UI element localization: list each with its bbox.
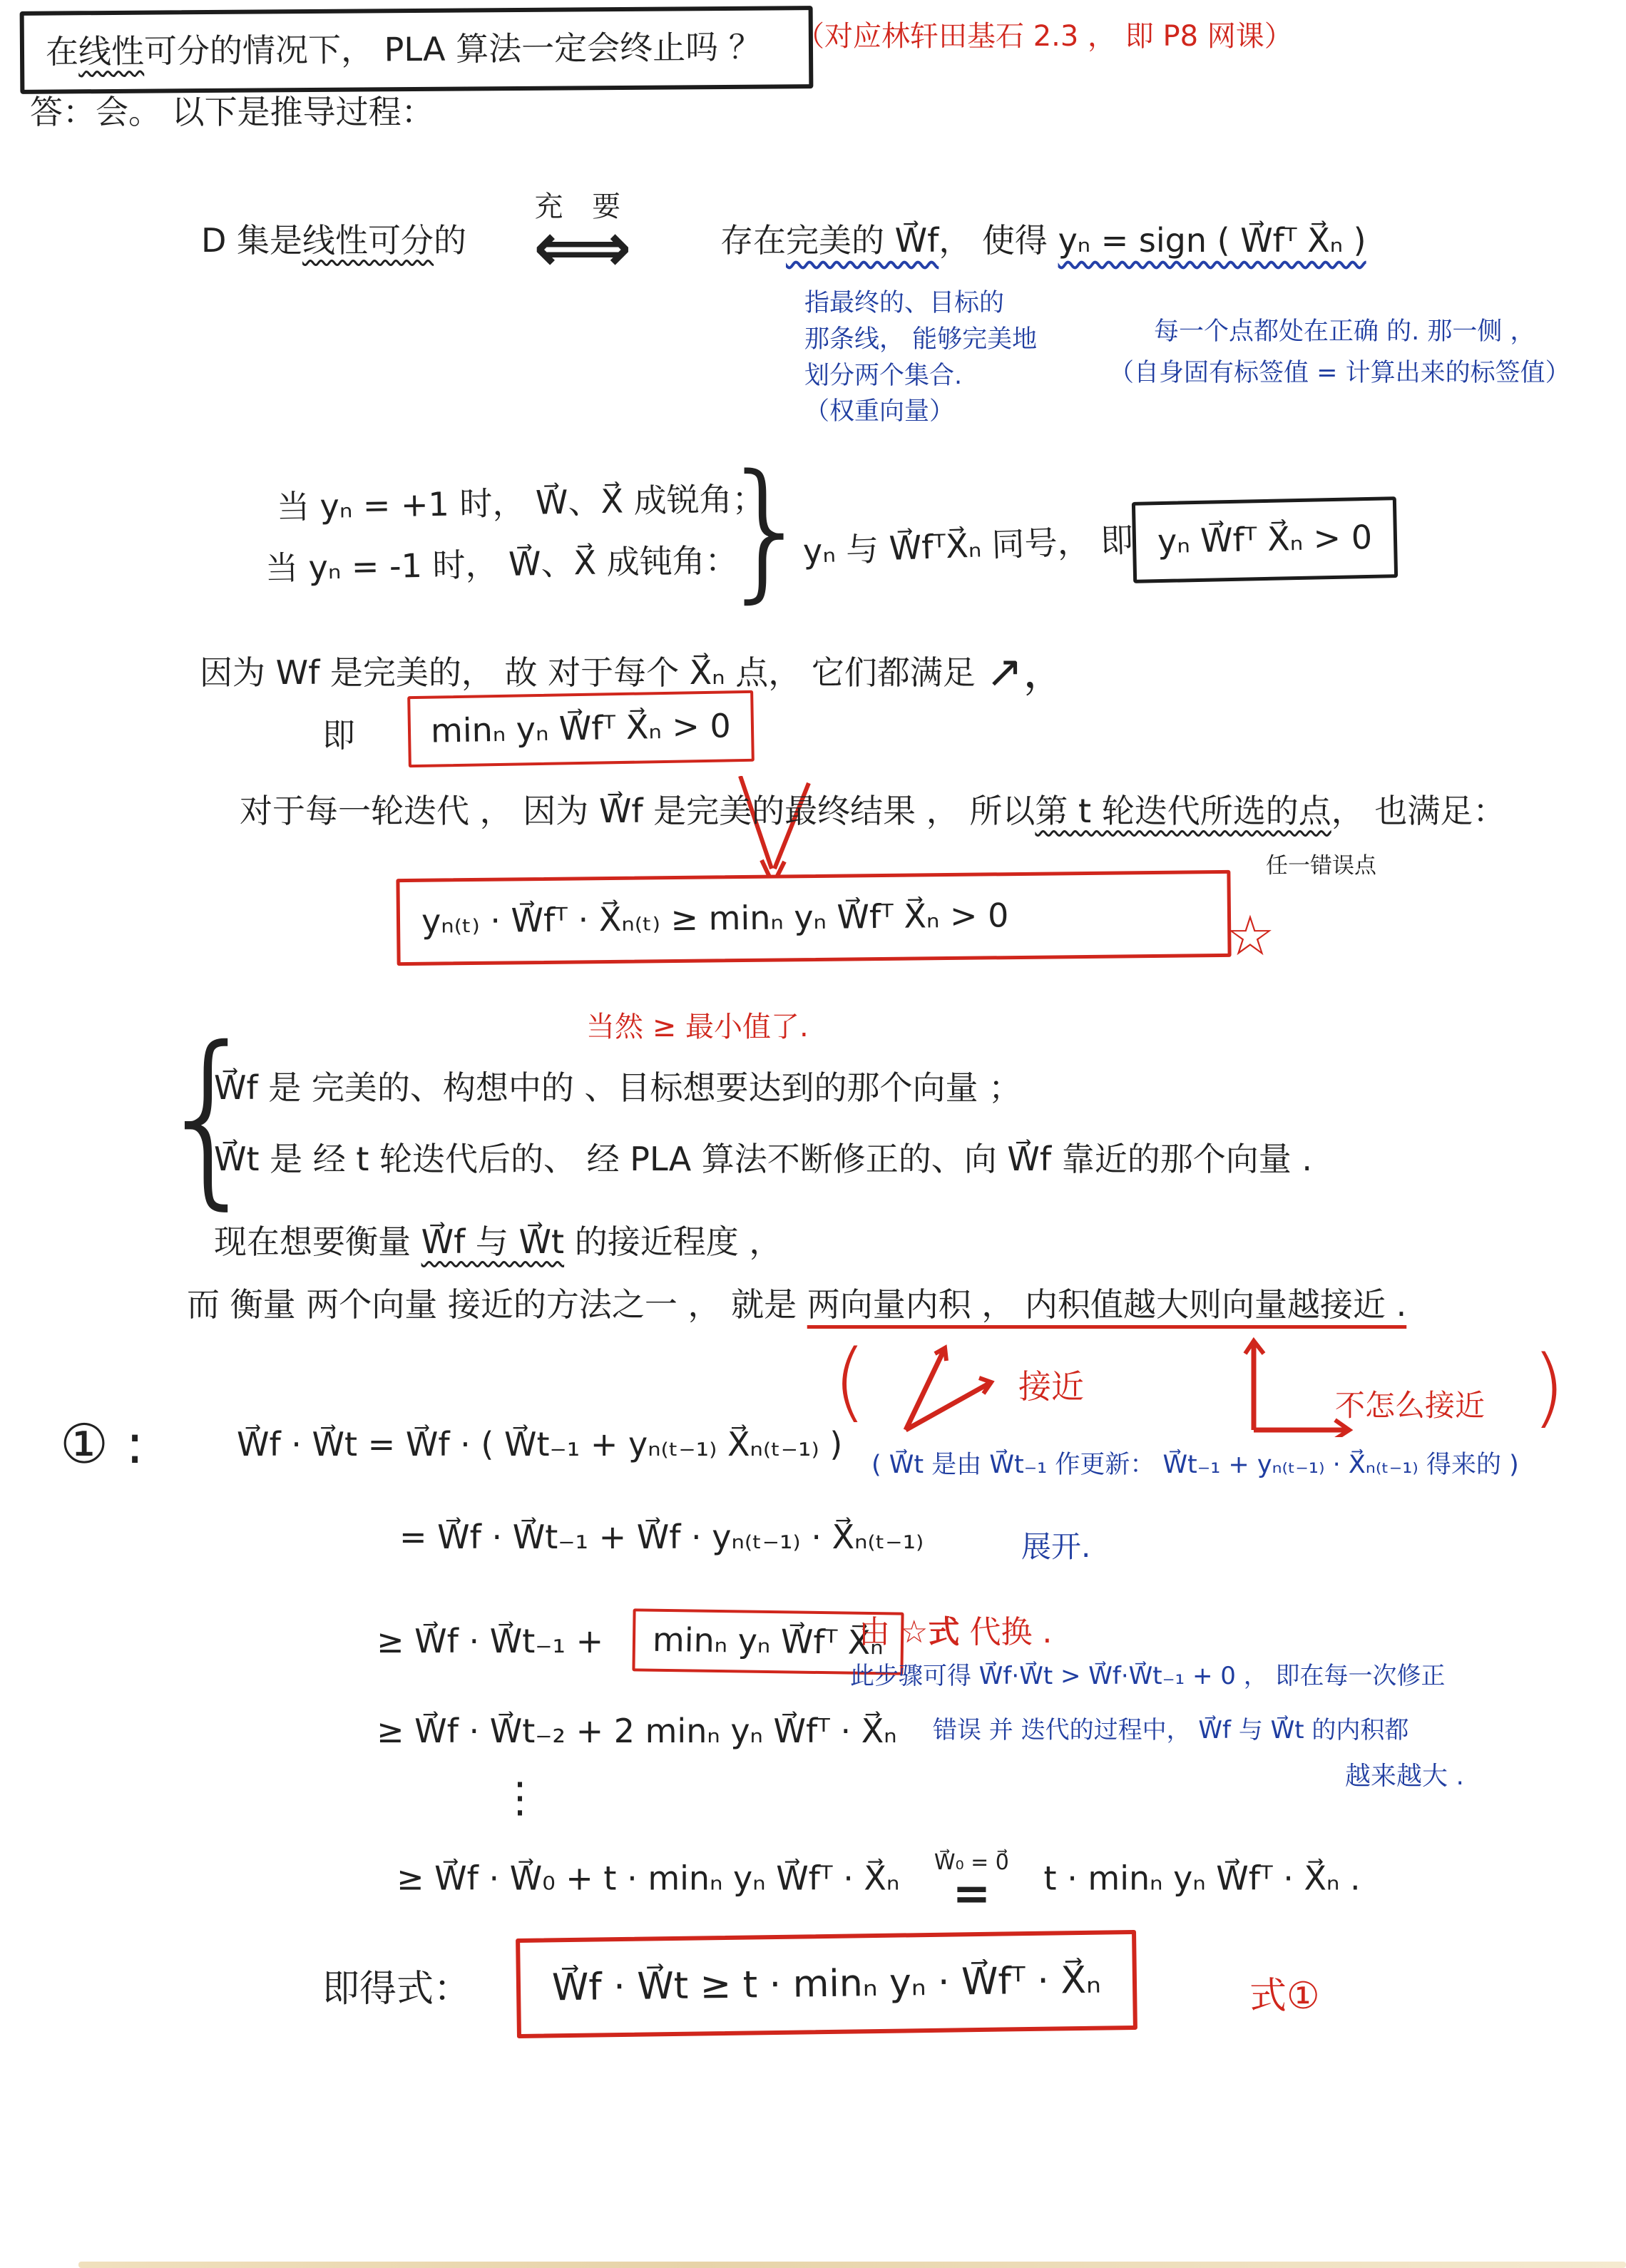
diagram-paren-open: ( (833, 1332, 866, 1431)
equivalence-right-pre: 存在 (720, 221, 786, 260)
equivalence-right-wavy1: 完美的 W⃗f (786, 221, 939, 260)
iteration-line-pre: 对于每一轮迭代 ， 因为 W⃗f 是完美的最终结果 ， 所以 (240, 792, 1035, 830)
equation-1-marker: ① : (60, 1412, 144, 1476)
equivalence-right: 存在完美的 W⃗f， 使得 yₙ = sign ( W⃗fᵀ X⃗ₙ ) (720, 220, 1366, 262)
equivalence-left: D 集是线性可分的 (201, 220, 466, 262)
perfect-wf-line: 因为 Wf 是完美的， 故 对于每个 X⃗ₙ 点， 它们都满足 ↗， (200, 640, 1067, 698)
notebook-page: 在线性可分的情况下， PLA 算法一定会终止吗 ？ （对应林轩田基石 2.3 ，… (0, 0, 1626, 2268)
iteration-line-post: ， 也满足： (1331, 792, 1506, 830)
question-text-post: 可分的情况下， PLA 算法一定会终止吗 ？ (144, 28, 762, 71)
close-label: 接近 (1018, 1361, 1084, 1408)
up-right-arrow-icon: ↗， (986, 645, 1068, 698)
measure-line2-underlined: 两向量内积 ， 内积值越大则向量越接近 . (807, 1285, 1407, 1324)
step5-right: t · minₙ yₙ W⃗fᵀ · X⃗ₙ . (1044, 1859, 1361, 1898)
definitions-brace-icon: { (157, 1023, 261, 1212)
derivation-step-1: W⃗f · W⃗t = W⃗f · ( W⃗t₋₁ + yₙ₍ₜ₋₁₎ X⃗ₙ₍… (237, 1424, 842, 1466)
double-equals: = (953, 1876, 991, 1913)
question-text-wavy: 线性 (78, 32, 144, 71)
measure-line1-post: 的接近程度 ， (564, 1222, 782, 1261)
step-note-line-1: 此步骤可得 W⃗f·W⃗t > W⃗f·W⃗t₋₁ + 0 ， 即在每一次修正 (850, 1656, 1446, 1691)
measure-line1-pre: 现在想要衡量 (214, 1222, 421, 1261)
equivalence-left-post: 的 (434, 221, 466, 260)
question-box: 在线性可分的情况下， PLA 算法一定会终止吗 ？ (20, 6, 814, 94)
equivalence-left-wavy: 线性可分 (302, 221, 434, 260)
close-vectors-icon (895, 1341, 1002, 1434)
conclusion-red-box: W⃗f · W⃗t ≥ t · minₙ yₙ · W⃗fᵀ · X⃗ₙ (516, 1930, 1137, 2038)
derivation-step-3: ≥ W⃗f · W⃗t₋₁ + minₙ yₙ W⃗fᵀ X⃗ₙ (377, 1610, 903, 1673)
angle-case-positive: 当 yₙ = +1 时， W⃗、X⃗ 成锐角； (277, 478, 766, 529)
equivalence-right-wavy2: yₙ = sign ( W⃗fᵀ X⃗ₙ ) (1058, 221, 1366, 260)
positivity-box: yₙ W⃗fᵀ X⃗ₙ > 0 (1132, 496, 1398, 583)
sign-meaning-note-2: （自身固有标签值 = 计算出来的标签值） (1109, 355, 1570, 392)
iteration-line: 对于每一轮迭代 ， 因为 W⃗f 是完美的最终结果 ， 所以第 t 轮迭代所选的… (240, 790, 1505, 833)
answer-line: 答：会。 以下是推导过程： (30, 91, 434, 134)
iff-arrow-icon: ⟺ (533, 220, 632, 275)
substitute-note: 由 ☆式 代换 . (859, 1606, 1052, 1652)
measure-line1-wavy: W⃗f 与 W⃗t (421, 1222, 564, 1261)
step5-left: ≥ W⃗f · W⃗₀ + t · minₙ yₙ W⃗fᵀ · X⃗ₙ (397, 1859, 899, 1898)
iteration-inequality-red-box: yₙ₍ₜ₎ · W⃗fᵀ · X⃗ₙ₍ₜ₎ ≥ minₙ yₙ W⃗fᵀ X⃗ₙ… (396, 870, 1231, 966)
substitute-note-post: 代换 . (959, 1614, 1052, 1650)
derivation-step-2: = W⃗f · W⃗t₋₁ + W⃗f · yₙ₍ₜ₋₁₎ · X⃗ₙ₍ₜ₋₁₎ (399, 1516, 924, 1559)
course-ref-note: （对应林轩田基石 2.3 ， 即 P8 网课） (796, 16, 1293, 57)
iff-arrow: 充 要 ⟺ (533, 184, 632, 275)
star-ref: ☆式 (900, 1614, 959, 1650)
conclusion-prefix: 即得式： (322, 1966, 471, 2014)
question-text-pre: 在 (46, 32, 78, 71)
derivation-step-5: ≥ W⃗f · W⃗₀ + t · minₙ yₙ W⃗fᵀ · X⃗ₙ W⃗₀… (397, 1849, 1361, 1913)
star-icon: ☆ (1225, 904, 1275, 969)
perfect-wf-text: 因为 Wf 是完美的， 故 对于每个 X⃗ₙ 点， 它们都满足 (200, 653, 976, 692)
same-sign-conclusion: yₙ 与 W⃗fᵀX⃗ₙ 同号， 即 (802, 519, 1134, 573)
wt-definition: W⃗t 是 经 t 轮迭代后的、 经 PLA 算法不断修正的、向 W⃗f 靠近的… (214, 1138, 1312, 1181)
equivalence-left-pre: D 集是 (201, 221, 302, 260)
angle-case-negative: 当 yₙ = -1 时， W⃗、X⃗ 成钝角： (265, 539, 739, 590)
update-rule-note: ( W⃗t 是由 W⃗t₋₁ 作更新： W⃗t₋₁ + yₙ₍ₜ₋₁₎ · X⃗… (871, 1445, 1519, 1481)
measure-line2-pre: 而 衡量 两个向量 接近的方法之一 ， 就是 (187, 1285, 807, 1324)
sign-meaning-note-1: 每一个点都处在正确 的. 那一侧 ， (1154, 314, 1535, 350)
w0-equals-stack: W⃗₀ = 0⃗ = (934, 1849, 1009, 1913)
min-positivity-red-box: minₙ yₙ W⃗fᵀ X⃗ₙ > 0 (407, 690, 754, 767)
expand-note: 展开. (1021, 1523, 1090, 1566)
not-close-label: 不怎么接近 (1335, 1382, 1485, 1425)
measure-line-1: 现在想要衡量 W⃗f 与 W⃗t 的接近程度 ， (214, 1221, 782, 1264)
equivalence-right-mid: ， 使得 (939, 221, 1058, 260)
iteration-line-wavy: 第 t 轮迭代所选的点 (1035, 792, 1331, 830)
wf-definition: W⃗f 是 完美的、构想中的 、目标想要达到的那个向量 ； (214, 1067, 1021, 1110)
next-page-edge (78, 2262, 1626, 2268)
diagram-paren-close: ) (1532, 1338, 1565, 1437)
step-note-line-3: 越来越大 . (1345, 1756, 1464, 1792)
any-error-point-note: 任一错误点 (1266, 847, 1376, 879)
min-prefix: 即 (322, 715, 355, 757)
case-brace-icon: } (719, 442, 814, 617)
formula-1-tag: 式① (1249, 1966, 1320, 2019)
derivation-step-4: ≥ W⃗f · W⃗t₋₂ + 2 minₙ yₙ W⃗fᵀ · X⃗ₙ (377, 1710, 897, 1753)
measure-line-2: 而 衡量 两个向量 接近的方法之一 ， 就是 两向量内积 ， 内积值越大则向量越… (187, 1284, 1406, 1327)
of-course-min-note: 当然 ≥ 最小值了. (586, 1004, 809, 1045)
substitute-note-pre: 由 (859, 1614, 900, 1650)
vertical-dots: ⋮ (499, 1773, 541, 1822)
wf-meaning-note: 指最终的、目标的 那条线， 能够完美地 划分两个集合. （权重向量） (804, 285, 1037, 430)
step-note-line-2: 错误 并 迭代的过程中， W⃗f 与 W⃗t 的内积都 (933, 1710, 1408, 1745)
step3-prefix: ≥ W⃗f · W⃗t₋₁ + (377, 1622, 603, 1660)
